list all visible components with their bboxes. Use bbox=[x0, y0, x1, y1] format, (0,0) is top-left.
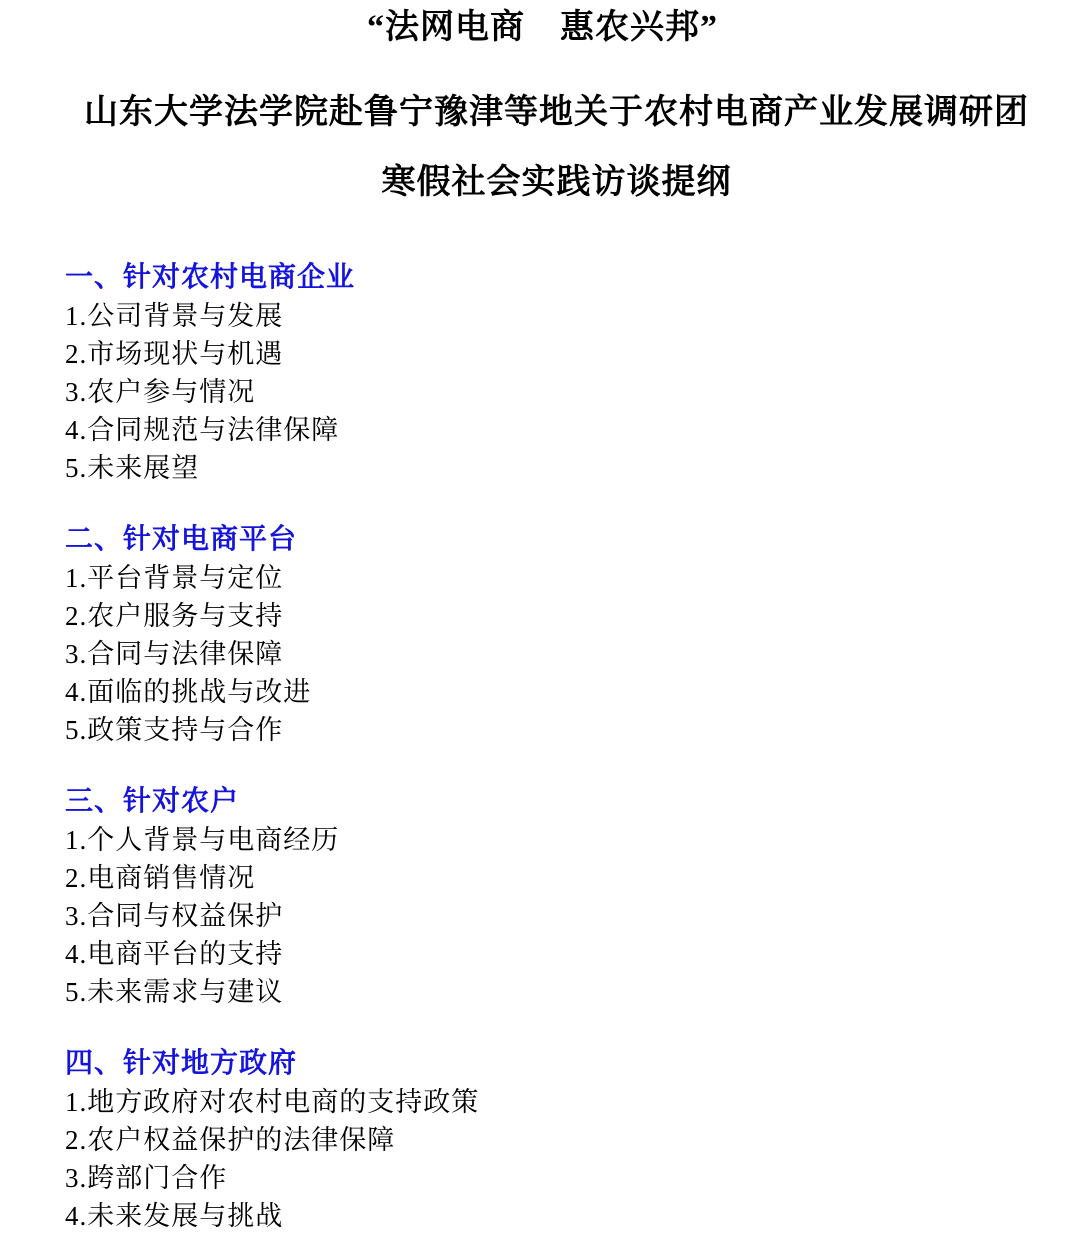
document-subtitle-secondary: 寒假社会实践访谈提纲 bbox=[0, 163, 1085, 203]
section-heading: 三、针对农户 bbox=[65, 783, 1045, 821]
section-item: 1.平台背景与定位 bbox=[65, 559, 1045, 597]
section-item: 1.个人背景与电商经历 bbox=[65, 821, 1045, 859]
section-item: 4.合同规范与法律保障 bbox=[65, 411, 1045, 449]
outline-sections: 一、针对农村电商企业1.公司背景与发展2.市场现状与机遇3.农户参与情况4.合同… bbox=[0, 259, 1085, 1235]
document-subtitle: 山东大学法学院赴鲁宁豫津等地关于农村电商产业发展调研团 bbox=[0, 93, 1085, 133]
section-heading: 二、针对电商平台 bbox=[65, 521, 1045, 559]
section-item: 5.政策支持与合作 bbox=[65, 711, 1045, 749]
section-heading: 一、针对农村电商企业 bbox=[65, 259, 1045, 297]
section-item: 3.跨部门合作 bbox=[65, 1159, 1045, 1197]
outline-section-4: 四、针对地方政府1.地方政府对农村电商的支持政策2.农户权益保护的法律保障3.跨… bbox=[65, 1045, 1045, 1235]
section-item: 2.农户权益保护的法律保障 bbox=[65, 1121, 1045, 1159]
section-item: 1.地方政府对农村电商的支持政策 bbox=[65, 1083, 1045, 1121]
section-item: 5.未来需求与建议 bbox=[65, 973, 1045, 1011]
document-header: “法网电商 惠农兴邦” 山东大学法学院赴鲁宁豫津等地关于农村电商产业发展调研团 … bbox=[0, 8, 1085, 203]
outline-section-2: 二、针对电商平台1.平台背景与定位2.农户服务与支持3.合同与法律保障4.面临的… bbox=[65, 521, 1045, 749]
section-item: 3.合同与法律保障 bbox=[65, 635, 1045, 673]
section-item: 2.市场现状与机遇 bbox=[65, 335, 1045, 373]
section-item: 4.未来发展与挑战 bbox=[65, 1197, 1045, 1235]
section-item: 1.公司背景与发展 bbox=[65, 297, 1045, 335]
section-item: 4.面临的挑战与改进 bbox=[65, 673, 1045, 711]
outline-section-3: 三、针对农户1.个人背景与电商经历2.电商销售情况3.合同与权益保护4.电商平台… bbox=[65, 783, 1045, 1011]
section-item: 3.合同与权益保护 bbox=[65, 897, 1045, 935]
section-item: 4.电商平台的支持 bbox=[65, 935, 1045, 973]
document-title: “法网电商 惠农兴邦” bbox=[0, 8, 1085, 48]
section-item: 2.电商销售情况 bbox=[65, 859, 1045, 897]
section-heading: 四、针对地方政府 bbox=[65, 1045, 1045, 1083]
section-item: 2.农户服务与支持 bbox=[65, 597, 1045, 635]
section-item: 3.农户参与情况 bbox=[65, 373, 1045, 411]
outline-section-1: 一、针对农村电商企业1.公司背景与发展2.市场现状与机遇3.农户参与情况4.合同… bbox=[65, 259, 1045, 487]
section-item: 5.未来展望 bbox=[65, 449, 1045, 487]
document-page: “法网电商 惠农兴邦” 山东大学法学院赴鲁宁豫津等地关于农村电商产业发展调研团 … bbox=[0, 0, 1085, 1236]
